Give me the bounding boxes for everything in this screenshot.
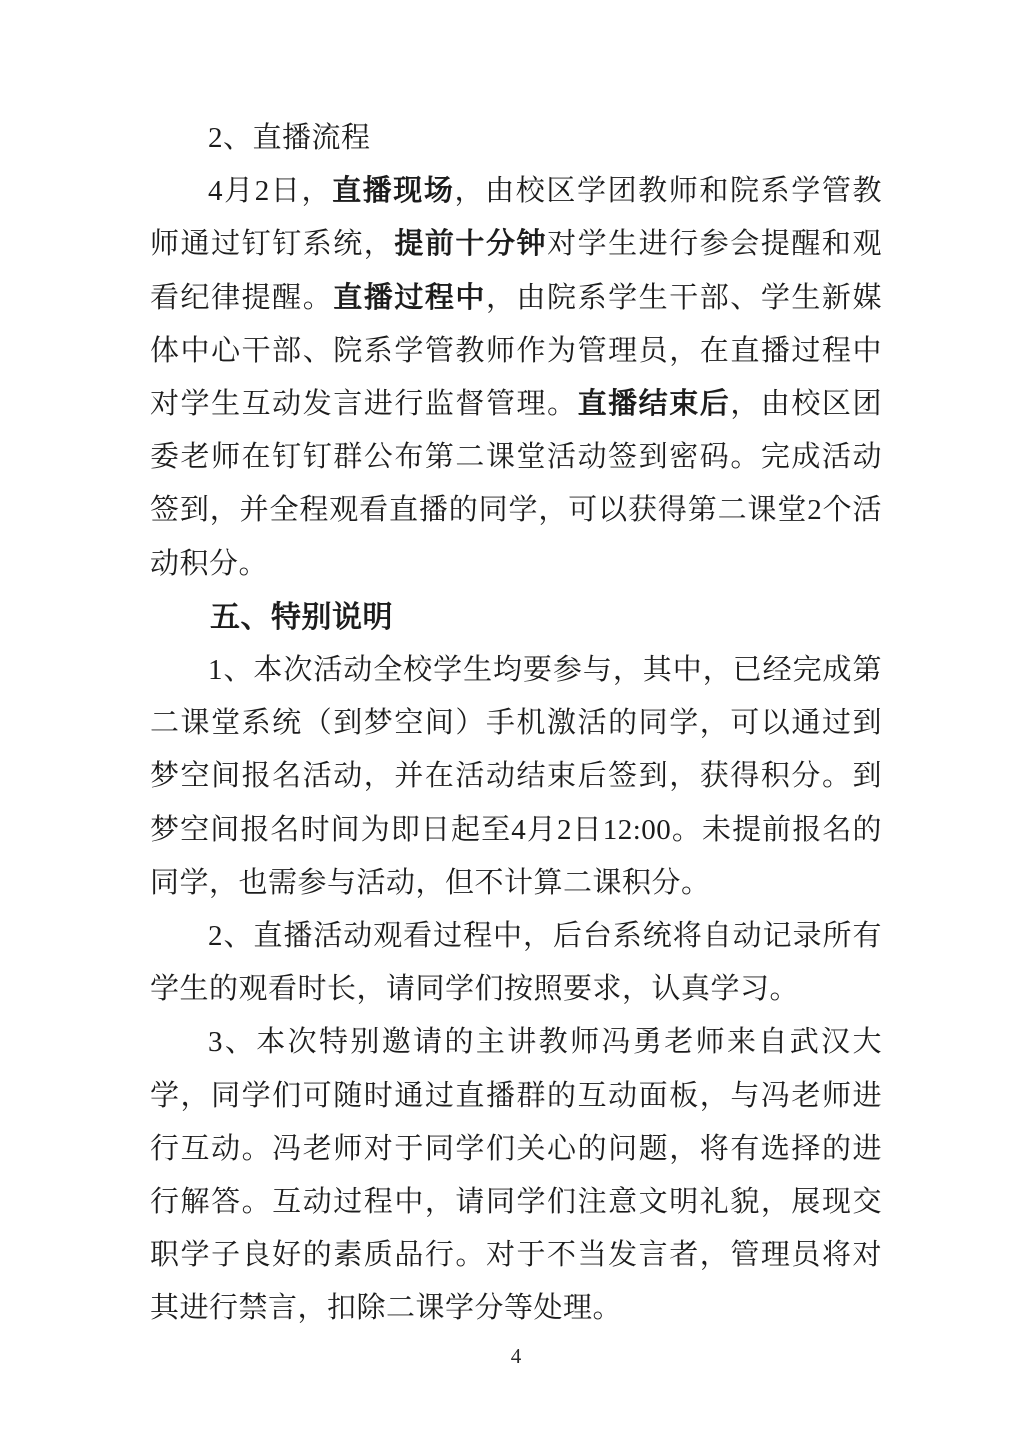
paragraph-broadcast-process-subheading: 2、直播流程 [150, 112, 882, 165]
text-run: 4月2日， [208, 175, 332, 207]
text-run: 3、本次特别邀请的主讲教师冯勇老师来自武汉大学，同学们可随时通过直播群的互动面板… [150, 1026, 882, 1324]
text-run: 直播现场 [332, 175, 454, 207]
paragraph-note-2: 2、直播活动观看过程中，后台系统将自动记录所有学生的观看时长，请同学们按照要求，… [150, 910, 882, 1016]
paragraph-note-3: 3、本次特别邀请的主讲教师冯勇老师来自武汉大学，同学们可随时通过直播群的互动面板… [150, 1016, 882, 1335]
text-run: 2、直播活动观看过程中，后台系统将自动记录所有学生的观看时长，请同学们按照要求，… [150, 920, 882, 1005]
text-run: 提前十分钟 [394, 228, 547, 260]
document-page: 2、直播流程 4月2日，直播现场，由校区学团教师和院系学管教师通过钉钉系统，提前… [0, 0, 1024, 1448]
text-run: 2、直播流程 [208, 122, 371, 154]
document-body: 2、直播流程 4月2日，直播现场，由校区学团教师和院系学管教师通过钉钉系统，提前… [150, 112, 882, 1336]
text-run: 直播结束后 [578, 388, 731, 420]
section-heading-special-notes: 五、特别说明 [150, 591, 882, 644]
text-run: 五、特别说明 [210, 601, 393, 634]
text-run: 1、本次活动全校学生均要参与，其中，已经完成第二课堂系统（到梦空间）手机激活的同… [150, 654, 882, 899]
paragraph-broadcast-process-detail: 4月2日，直播现场，由校区学团教师和院系学管教师通过钉钉系统，提前十分钟对学生进… [150, 165, 882, 591]
text-run: 直播过程中 [333, 282, 486, 314]
paragraph-note-1: 1、本次活动全校学生均要参与，其中，已经完成第二课堂系统（到梦空间）手机激活的同… [150, 644, 882, 910]
page-number: 4 [150, 1344, 882, 1368]
